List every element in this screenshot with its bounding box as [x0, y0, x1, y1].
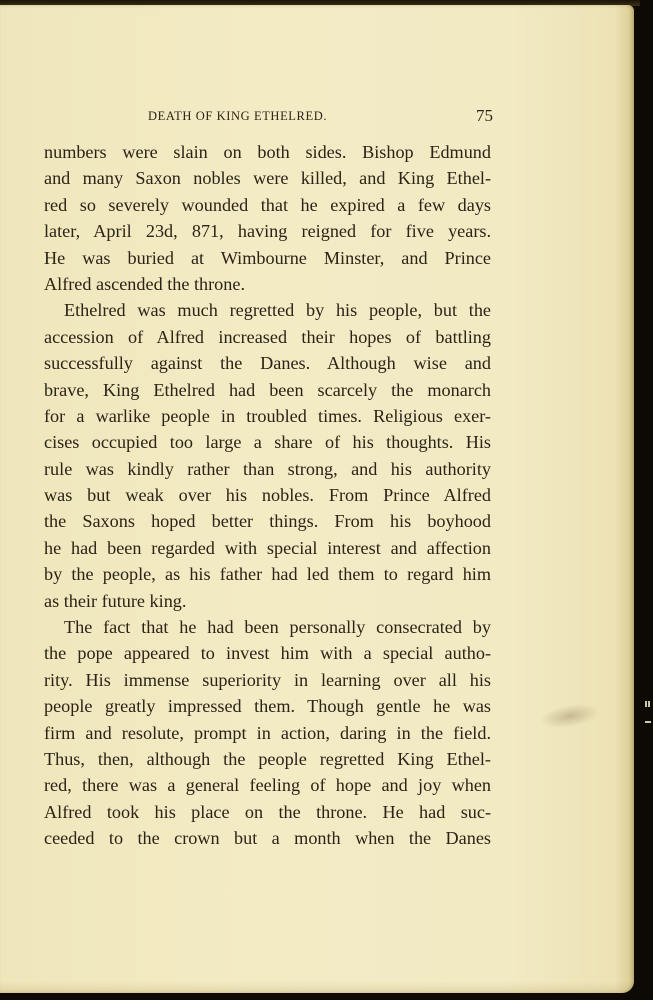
chapter-title: DEATH OF KING ETHELRED.	[148, 109, 327, 124]
paragraph-2: Ethelred was much regretted by his peopl…	[44, 297, 491, 614]
text-line: Alfred took his place on the throne. He …	[44, 799, 491, 825]
text-line: people greatly impressed them. Though ge…	[44, 693, 491, 719]
text-line: rity. His immense superiority in learnin…	[44, 667, 491, 693]
paragraph-1: numbers were slain on both sides. Bishop…	[44, 139, 491, 297]
text-line: later, April 23d, 871, having reigned fo…	[44, 218, 491, 244]
text-line: red so severely wounded that he expired …	[44, 192, 491, 218]
text-line: cises occupied too large a share of his …	[44, 429, 491, 455]
paragraph-3: The fact that he had been personally con…	[44, 614, 491, 852]
spine-marks	[645, 695, 651, 735]
text-line: as their future king.	[44, 588, 491, 614]
text-line: he had been regarded with special intere…	[44, 535, 491, 561]
text-line: red, there was a general feeling of hope…	[44, 772, 491, 798]
running-head: DEATH OF KING ETHELRED. 75	[148, 106, 493, 126]
text-line: Alfred ascended the throne.	[44, 271, 491, 297]
text-line: Ethelred was much regretted by his peopl…	[44, 297, 491, 323]
text-line: firm and resolute, prompt in action, dar…	[44, 720, 491, 746]
text-line: the pope appeared to invest him with a s…	[44, 640, 491, 666]
text-line: ceeded to the crown but a month when the…	[44, 825, 491, 851]
text-line: He was buried at Wimbourne Minster, and …	[44, 245, 491, 271]
text-line: the Saxons hoped better things. From his…	[44, 508, 491, 534]
text-line: accession of Alfred increased their hope…	[44, 324, 491, 350]
book-scan: DEATH OF KING ETHELRED. 75 numbers were …	[0, 0, 653, 1000]
text-line: brave, King Ethelred had been scarcely t…	[44, 377, 491, 403]
page-number: 75	[476, 106, 493, 126]
text-line: rule was kindly rather than strong, and …	[44, 456, 491, 482]
text-line: Thus, then, although the people regrette…	[44, 746, 491, 772]
text-line: by the people, as his father had led the…	[44, 561, 491, 587]
page-bottom-edge	[0, 981, 634, 993]
text-line: was but weak over his nobles. From Princ…	[44, 482, 491, 508]
paper-smudge	[539, 700, 602, 732]
text-line: successfully against the Danes. Although…	[44, 350, 491, 376]
text-line: numbers were slain on both sides. Bishop…	[44, 139, 491, 165]
body-text: numbers were slain on both sides. Bishop…	[44, 139, 491, 852]
text-line: for a warlike people in troubled times. …	[44, 403, 491, 429]
text-line: The fact that he had been personally con…	[44, 614, 491, 640]
text-line: and many Saxon nobles were killed, and K…	[44, 165, 491, 191]
